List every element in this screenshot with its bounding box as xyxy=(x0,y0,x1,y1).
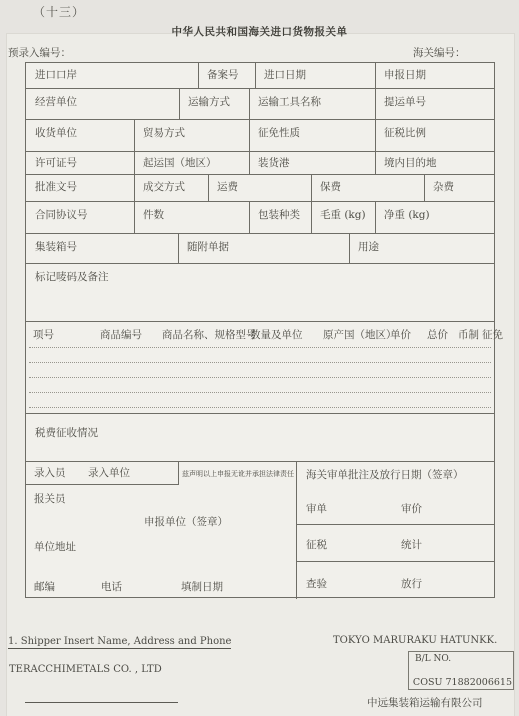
cell-gross-weight: 毛重 (kg) xyxy=(311,201,376,233)
field-loading-port: 装货港 xyxy=(258,155,290,170)
table-row: 集装箱号 随附单据 用途 xyxy=(26,233,494,264)
field-approval-no: 批准文号 xyxy=(35,179,77,194)
col-unit-price: 单价 xyxy=(390,327,411,342)
entry-unit-label: 录入单位 xyxy=(88,465,130,480)
cell-insurance-fee: 保费 xyxy=(311,174,425,201)
cell-container-no: 集装箱号 xyxy=(26,233,179,263)
cell-trade-mode: 贸易方式 xyxy=(134,119,250,151)
field-insurance-fee: 保费 xyxy=(320,179,341,194)
pre-entry-no-label: 预录入编号： xyxy=(8,45,71,60)
cell-levy-exempt-nature: 征免性质 xyxy=(249,119,376,151)
col-levy-exempt: 征免 xyxy=(482,327,503,342)
cell-transaction-mode: 成交方式 xyxy=(134,174,209,201)
col-total-price: 总价 xyxy=(427,327,448,342)
cell-bill-no: 提运单号 xyxy=(375,88,496,119)
form-title: 中华人民共和国海关进口货物报关单 xyxy=(0,24,519,39)
dotted-line xyxy=(29,377,491,378)
postal-code-label: 邮编 xyxy=(34,579,55,594)
field-consignee-unit: 收货单位 xyxy=(35,125,77,140)
table-row: 经营单位 运输方式 运输工具名称 提运单号 xyxy=(26,88,494,120)
field-package-count: 件数 xyxy=(143,207,164,222)
unit-address-label: 单位地址 xyxy=(34,539,76,554)
cell-domestic-destination: 境内目的地 xyxy=(375,151,496,174)
tax-section-row: 税费征收情况 xyxy=(26,413,494,462)
col-commodity-name: 商品名称、规格型号 xyxy=(162,327,257,342)
field-bill-no: 提运单号 xyxy=(384,94,426,109)
dotted-line xyxy=(29,347,491,348)
shipper-heading: 1. Shipper Insert Name, Address and Phon… xyxy=(8,636,231,649)
telephone-label: 电话 xyxy=(101,579,122,594)
field-misc-fee: 杂费 xyxy=(433,179,454,194)
cell-license-no: 许可证号 xyxy=(26,151,135,174)
dotted-line xyxy=(29,362,491,363)
field-package-type: 包装种类 xyxy=(258,207,300,222)
declaration-statement: 兹声明以上申报无讹并承担法律责任 xyxy=(182,469,294,479)
field-gross-weight: 毛重 (kg) xyxy=(320,207,366,222)
field-import-date: 进口日期 xyxy=(264,67,306,82)
col-currency: 币制 xyxy=(458,327,479,342)
cell-consignee-unit: 收货单位 xyxy=(26,119,135,151)
divider xyxy=(296,561,494,562)
field-domestic-destination: 境内目的地 xyxy=(384,155,437,170)
cell-transport-name: 运输工具名称 xyxy=(249,88,376,119)
declarant-label: 报关员 xyxy=(34,491,66,506)
tax-section-label: 税费征收情况 xyxy=(35,425,98,440)
field-transport-name: 运输工具名称 xyxy=(258,94,321,109)
review-doc-label: 审单 xyxy=(306,501,327,516)
cell-approval-no: 批准文号 xyxy=(26,174,135,201)
field-marks-remarks: 标记唛码及备注 xyxy=(35,269,109,284)
cell-package-count: 件数 xyxy=(134,201,250,233)
shipper-name: TERACCHIMETALS CO. , LTD xyxy=(9,664,162,675)
field-transport-mode: 运输方式 xyxy=(188,94,230,109)
items-header-row: 项号 商品编号 商品名称、规格型号 数量及单位 原产国（地区） 单价 总价 币制… xyxy=(26,321,494,346)
cell-tax-ratio: 征税比例 xyxy=(375,119,496,151)
cell-contract-no: 合同协议号 xyxy=(26,201,135,233)
table-row: 进口口岸 备案号 进口日期 申报日期 xyxy=(26,63,494,89)
cell-net-weight: 净重 (kg) xyxy=(375,201,496,233)
inspection-label: 查验 xyxy=(306,576,327,591)
cell-freight: 运费 xyxy=(208,174,312,201)
customs-no-label: 海关编号： xyxy=(413,45,466,60)
bl-number-box: B/L NO. COSU 71882006615 xyxy=(408,651,514,690)
cell-operator-unit: 经营单位 xyxy=(26,88,180,119)
cell-record-no: 备案号 xyxy=(198,63,256,88)
declaring-unit-seal: 申报单位（签章） xyxy=(144,514,228,529)
field-operator-unit: 经营单位 xyxy=(35,94,77,109)
levy-tax-label: 征税 xyxy=(306,537,327,552)
table-row: 收货单位 贸易方式 征免性质 征税比例 xyxy=(26,119,494,152)
entry-clerk-label: 录入员 xyxy=(34,465,66,480)
field-net-weight: 净重 (kg) xyxy=(384,207,430,222)
divider xyxy=(296,524,494,525)
field-attached-documents: 随附单据 xyxy=(187,239,229,254)
field-container-no: 集装箱号 xyxy=(35,239,77,254)
carrier-name: 中远集装箱运输有限公司 xyxy=(367,695,483,710)
consignee-name: TOKYO MARURAKU HATUNKK. xyxy=(333,635,497,646)
review-price-label: 审价 xyxy=(401,501,422,516)
col-origin-country: 原产国（地区） xyxy=(323,327,397,342)
footer-rule xyxy=(25,702,178,703)
cell-import-port: 进口口岸 xyxy=(26,63,199,88)
customs-review-title: 海关审单批注及放行日期（签章） xyxy=(306,467,464,482)
field-freight: 运费 xyxy=(217,179,238,194)
field-transaction-mode: 成交方式 xyxy=(143,179,185,194)
statistics-label: 统计 xyxy=(401,537,422,552)
signature-block: 录入员 录入单位 兹声明以上申报无讹并承担法律责任 报关员 申报单位（签章） 单… xyxy=(26,461,494,599)
marks-remarks-row: 标记唛码及备注 xyxy=(26,263,494,322)
field-trade-mode: 贸易方式 xyxy=(143,125,185,140)
fill-date-label: 填制日期 xyxy=(181,579,223,594)
vertical-divider xyxy=(296,461,297,599)
cell-loading-port: 装货港 xyxy=(249,151,376,174)
cell-declare-date: 申报日期 xyxy=(375,63,496,88)
col-commodity-code: 商品编号 xyxy=(100,327,142,342)
field-usage: 用途 xyxy=(358,239,379,254)
dotted-line xyxy=(29,392,491,393)
table-row: 批准文号 成交方式 运费 保费 杂费 xyxy=(26,174,494,202)
cell-import-date: 进口日期 xyxy=(255,63,376,88)
entry-clerk-box: 录入员 录入单位 xyxy=(26,461,179,485)
field-record-no: 备案号 xyxy=(207,67,239,82)
cell-departure-country: 起运国（地区） xyxy=(134,151,250,174)
bl-no-value: COSU 71882006615 xyxy=(413,677,512,688)
col-quantity-unit: 数量及单位 xyxy=(250,327,303,342)
field-departure-country: 起运国（地区） xyxy=(143,155,217,170)
bl-no-label: B/L NO. xyxy=(415,654,451,664)
cell-usage: 用途 xyxy=(349,233,496,263)
field-tax-ratio: 征税比例 xyxy=(384,125,426,140)
cell-attached-documents: 随附单据 xyxy=(178,233,350,263)
cell-package-type: 包装种类 xyxy=(249,201,312,233)
col-item-no: 项号 xyxy=(33,327,54,342)
table-row: 许可证号 起运国（地区） 装货港 境内目的地 xyxy=(26,151,494,175)
release-label: 放行 xyxy=(401,576,422,591)
field-license-no: 许可证号 xyxy=(35,155,77,170)
declaration-table: 进口口岸 备案号 进口日期 申报日期 经营单位 运输方式 运输工具名称 提运单号… xyxy=(25,62,495,598)
corner-note: （十三） xyxy=(33,3,85,20)
field-declare-date: 申报日期 xyxy=(384,67,426,82)
field-contract-no: 合同协议号 xyxy=(35,207,88,222)
table-row: 合同协议号 件数 包装种类 毛重 (kg) 净重 (kg) xyxy=(26,201,494,234)
items-lines-row xyxy=(26,346,494,414)
field-levy-exempt-nature: 征免性质 xyxy=(258,125,300,140)
cell-misc-fee: 杂费 xyxy=(424,174,496,201)
dotted-line xyxy=(29,407,491,408)
cell-transport-mode: 运输方式 xyxy=(179,88,250,119)
field-import-port: 进口口岸 xyxy=(35,67,77,82)
